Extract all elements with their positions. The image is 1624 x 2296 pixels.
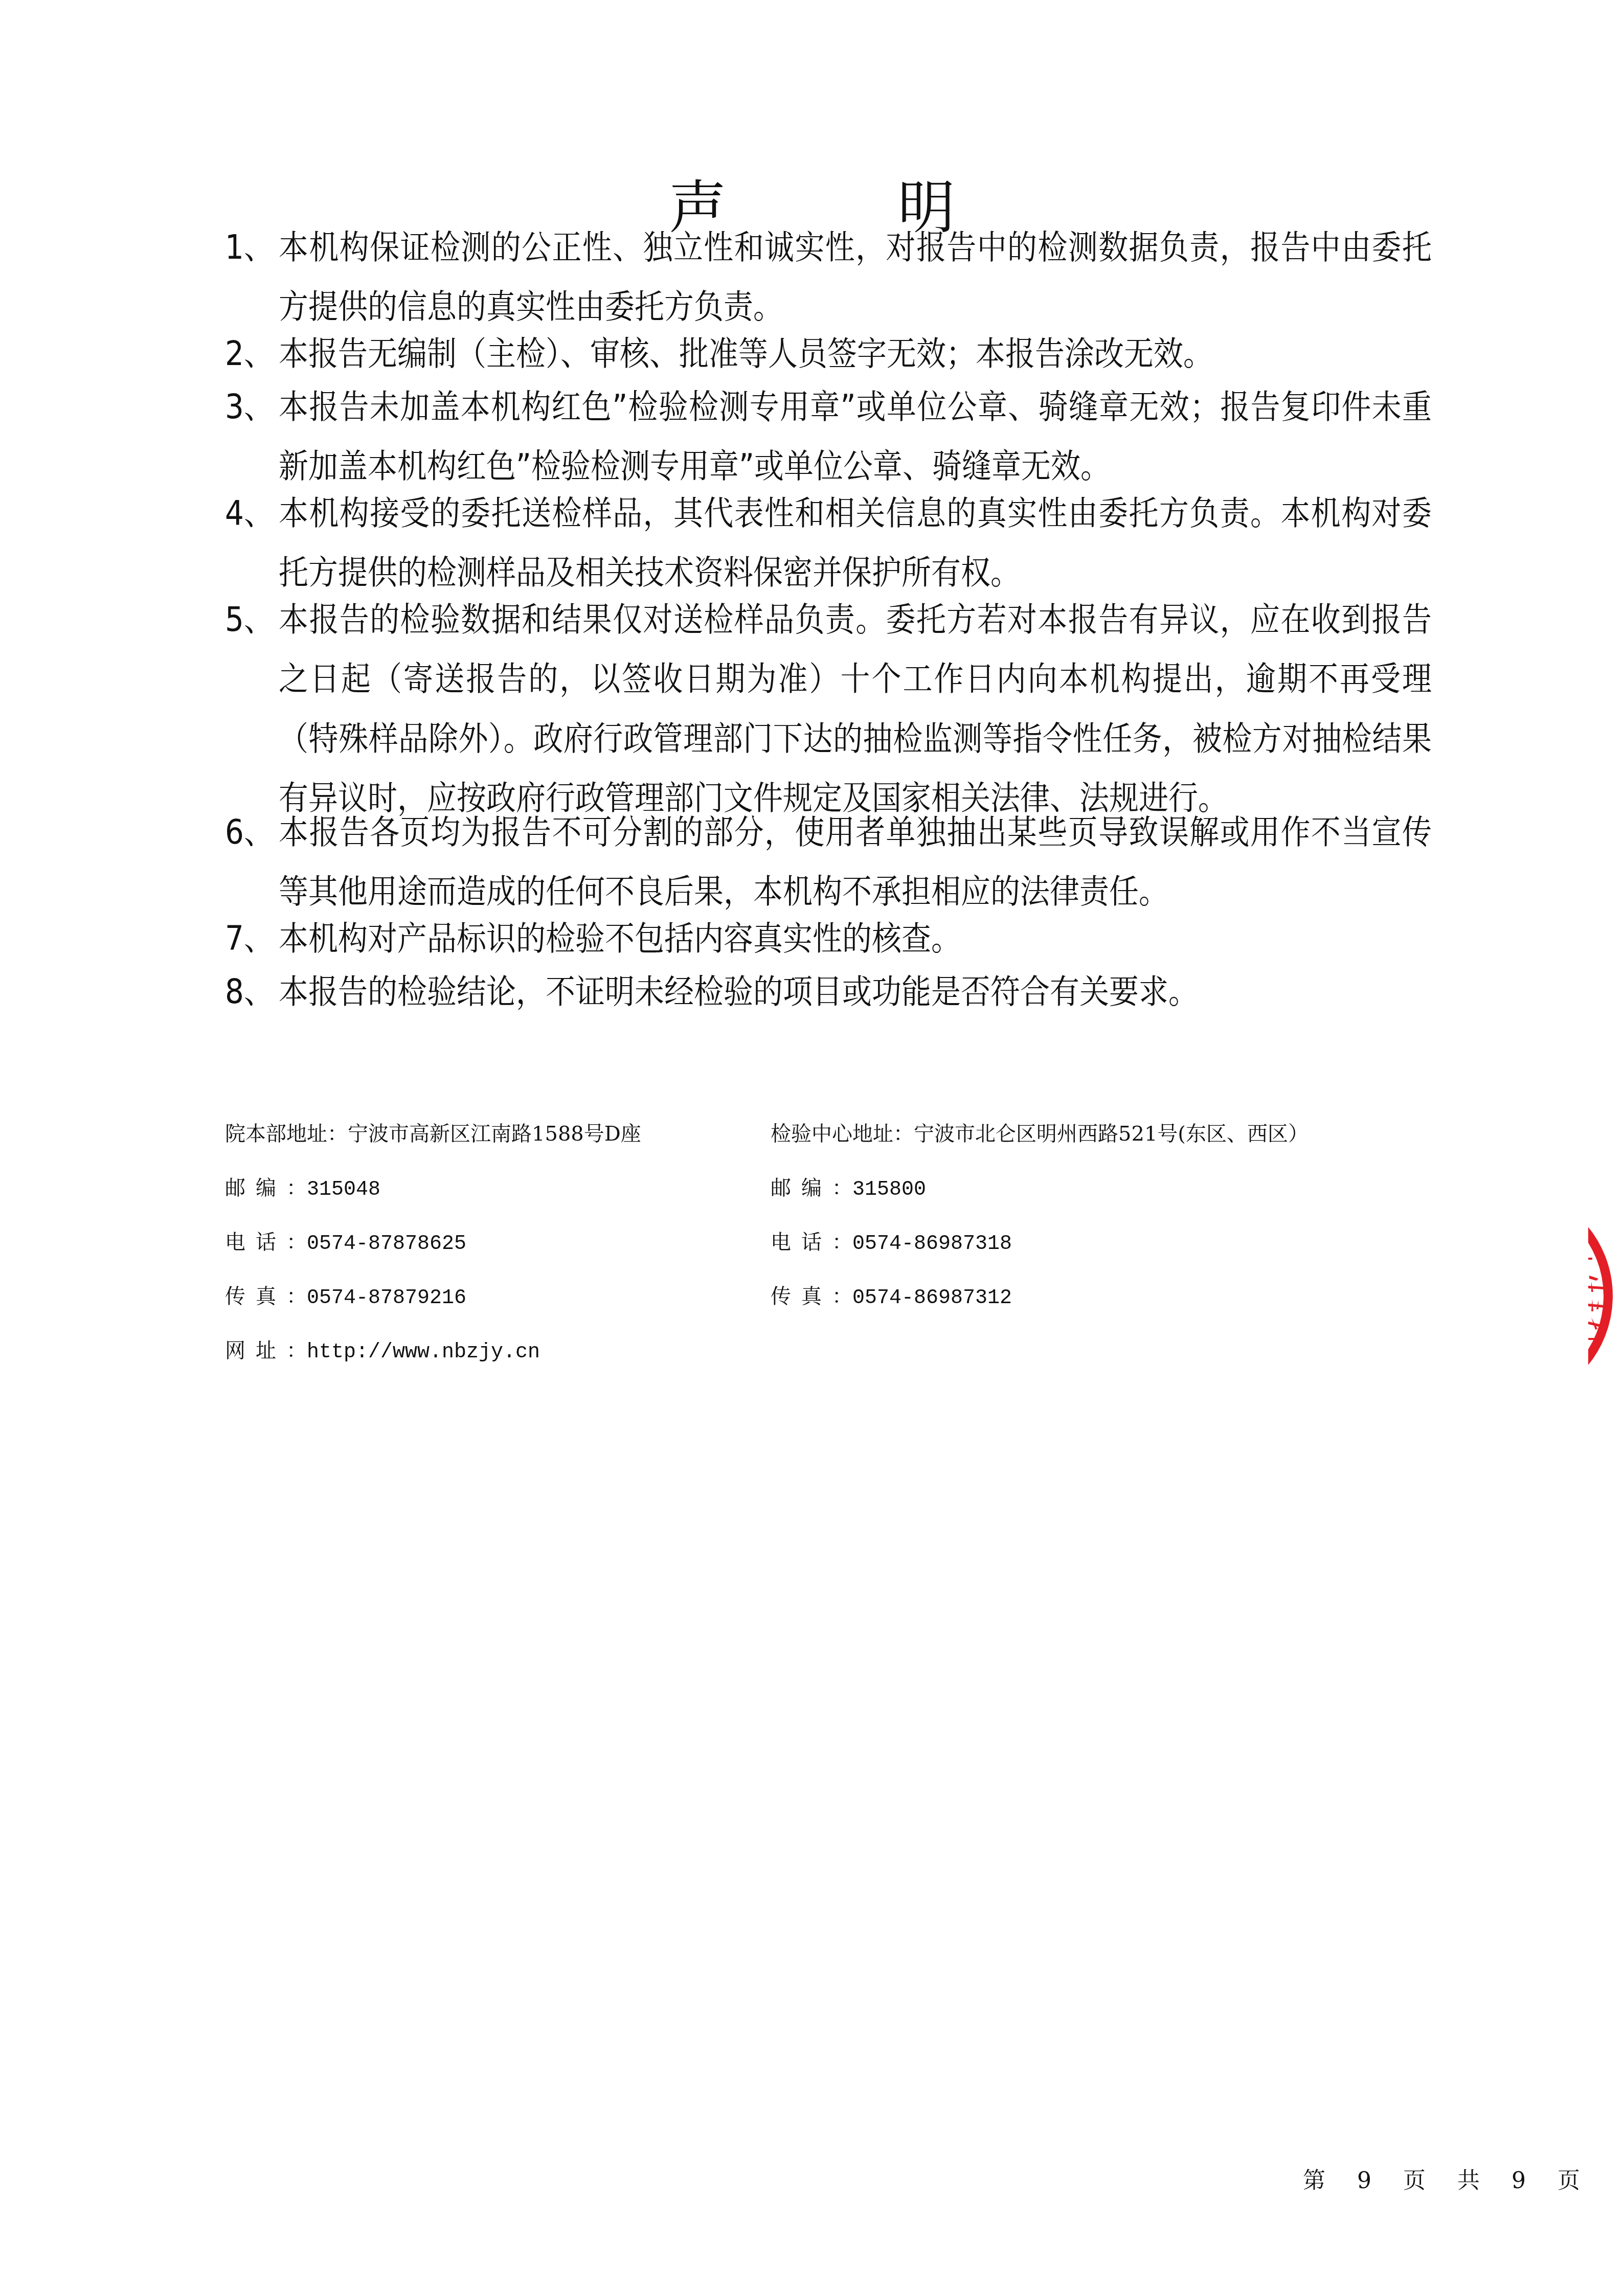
red-seal-stamp-icon bbox=[1483, 1199, 1624, 1393]
declaration-clauses: 1、 本机构保证检测的公正性、独立性和诚实性，对报告中的检测数据负责，报告中由委… bbox=[225, 217, 1432, 1015]
hq-phone: 0574-87878625 bbox=[307, 1233, 466, 1256]
clause-number: 2、 bbox=[225, 324, 279, 383]
ic-fax: 0574-86987312 bbox=[852, 1287, 1012, 1310]
clause-6: 6、 本报告各页均为报告不可分割的部分，使用者单独抽出某些页导致误解或用作不当宣… bbox=[225, 802, 1432, 921]
separator: ： bbox=[832, 1231, 852, 1254]
clause-number: 6、 bbox=[225, 802, 279, 861]
clause-text: 本机构保证检测的公正性、独立性和诚实性，对报告中的检测数据负责，报告中由委托方提… bbox=[279, 228, 1432, 326]
ic-postcode: 315800 bbox=[852, 1178, 926, 1201]
ic-phone-row: 电话：0574-86987318 bbox=[771, 1215, 1309, 1269]
hq-phone-label: 电话 bbox=[225, 1215, 286, 1269]
clause-number: 4、 bbox=[225, 483, 279, 542]
ic-address: 宁波市北仑区明州西路521号(东区、西区） bbox=[914, 1122, 1309, 1146]
document-page: 声 明 1、 本机构保证检测的公正性、独立性和诚实性，对报告中的检测数据负责，报… bbox=[0, 0, 1624, 2296]
clause-1: 1、 本机构保证检测的公正性、独立性和诚实性，对报告中的检测数据负责，报告中由委… bbox=[225, 217, 1432, 336]
ic-phone: 0574-86987318 bbox=[852, 1233, 1012, 1256]
hq-address-row: 院本部地址：宁波市高新区江南路1588号D座 bbox=[225, 1107, 641, 1161]
clause-text: 本报告未加盖本机构红色”检验检测专用章”或单位公章、骑缝章无效；报告复印件未重新… bbox=[279, 387, 1432, 486]
clause-text: 本报告各页均为报告不可分割的部分，使用者单独抽出某些页导致误解或用作不当宣传等其… bbox=[279, 812, 1432, 911]
clause-text: 本报告无编制（主检）、审核、批准等人员签字无效；本报告涂改无效。 bbox=[279, 334, 1213, 373]
hq-postcode: 315048 bbox=[307, 1178, 380, 1201]
separator: ： bbox=[832, 1285, 852, 1308]
separator: ： bbox=[286, 1176, 307, 1200]
page-number: 第 9 页 共 9 页 bbox=[1303, 2166, 1592, 2196]
separator: ： bbox=[286, 1285, 307, 1308]
hq-website-label: 网址 bbox=[225, 1324, 286, 1378]
separator: ： bbox=[832, 1176, 852, 1200]
clause-number: 3、 bbox=[225, 377, 279, 436]
clause-number: 7、 bbox=[225, 908, 279, 968]
clause-text: 本报告的检验结论，不证明未经检验的项目或功能是否符合有关要求。 bbox=[279, 972, 1198, 1011]
ic-postcode-row: 邮编：315800 bbox=[771, 1161, 1309, 1215]
separator: ： bbox=[286, 1231, 307, 1254]
hq-phone-row: 电话：0574-87878625 bbox=[225, 1215, 641, 1269]
hq-website-link[interactable]: http://www.nbzjy.cn bbox=[307, 1341, 540, 1364]
ic-fax-row: 传真：0574-86987312 bbox=[771, 1269, 1309, 1324]
clause-text: 本机构接受的委托送检样品，其代表性和相关信息的真实性由委托方负责。本机构对委托方… bbox=[279, 493, 1432, 592]
hq-fax-row: 传真：0574-87879216 bbox=[225, 1269, 641, 1324]
hq-address-label: 院本部地址： bbox=[225, 1107, 348, 1161]
ic-address-row: 检验中心地址：宁波市北仑区明州西路521号(东区、西区） bbox=[771, 1107, 1309, 1161]
clause-3: 3、 本报告未加盖本机构红色”检验检测专用章”或单位公章、骑缝章无效；报告复印件… bbox=[225, 377, 1432, 496]
hq-address: 宁波市高新区江南路1588号D座 bbox=[348, 1122, 641, 1146]
inspection-center-contact: 检验中心地址：宁波市北仑区明州西路521号(东区、西区） 邮编：315800 电… bbox=[771, 1107, 1309, 1324]
ic-postcode-label: 邮编 bbox=[771, 1161, 832, 1215]
clause-5: 5、 本报告的检验数据和结果仅对送检样品负责。委托方若对本报告有异议，应在收到报… bbox=[225, 589, 1432, 828]
separator: ： bbox=[286, 1339, 307, 1362]
clause-7: 7、 本机构对产品标识的检验不包括内容真实性的核查。 bbox=[225, 908, 1432, 968]
clause-8: 8、 本报告的检验结论，不证明未经检验的项目或功能是否符合有关要求。 bbox=[225, 962, 1432, 1021]
hq-website-row: 网址：http://www.nbzjy.cn bbox=[225, 1324, 641, 1378]
hq-fax: 0574-87879216 bbox=[307, 1287, 466, 1310]
clause-number: 5、 bbox=[225, 589, 279, 649]
clause-number: 1、 bbox=[225, 217, 279, 277]
hq-postcode-row: 邮编：315048 bbox=[225, 1161, 641, 1215]
hq-fax-label: 传真 bbox=[225, 1269, 286, 1324]
hq-postcode-label: 邮编 bbox=[225, 1161, 286, 1215]
clause-text: 本报告的检验数据和结果仅对送检样品负责。委托方若对本报告有异议，应在收到报告之日… bbox=[279, 600, 1432, 817]
clause-2: 2、 本报告无编制（主检）、审核、批准等人员签字无效；本报告涂改无效。 bbox=[225, 324, 1432, 383]
ic-address-label: 检验中心地址： bbox=[771, 1107, 914, 1161]
ic-phone-label: 电话 bbox=[771, 1215, 832, 1269]
clause-text: 本机构对产品标识的检验不包括内容真实性的核查。 bbox=[279, 919, 961, 958]
headquarters-contact: 院本部地址：宁波市高新区江南路1588号D座 邮编：315048 电话：0574… bbox=[225, 1107, 641, 1378]
clause-4: 4、 本机构接受的委托送检样品，其代表性和相关信息的真实性由委托方负责。本机构对… bbox=[225, 483, 1432, 602]
clause-number: 8、 bbox=[225, 962, 279, 1021]
ic-fax-label: 传真 bbox=[771, 1269, 832, 1324]
